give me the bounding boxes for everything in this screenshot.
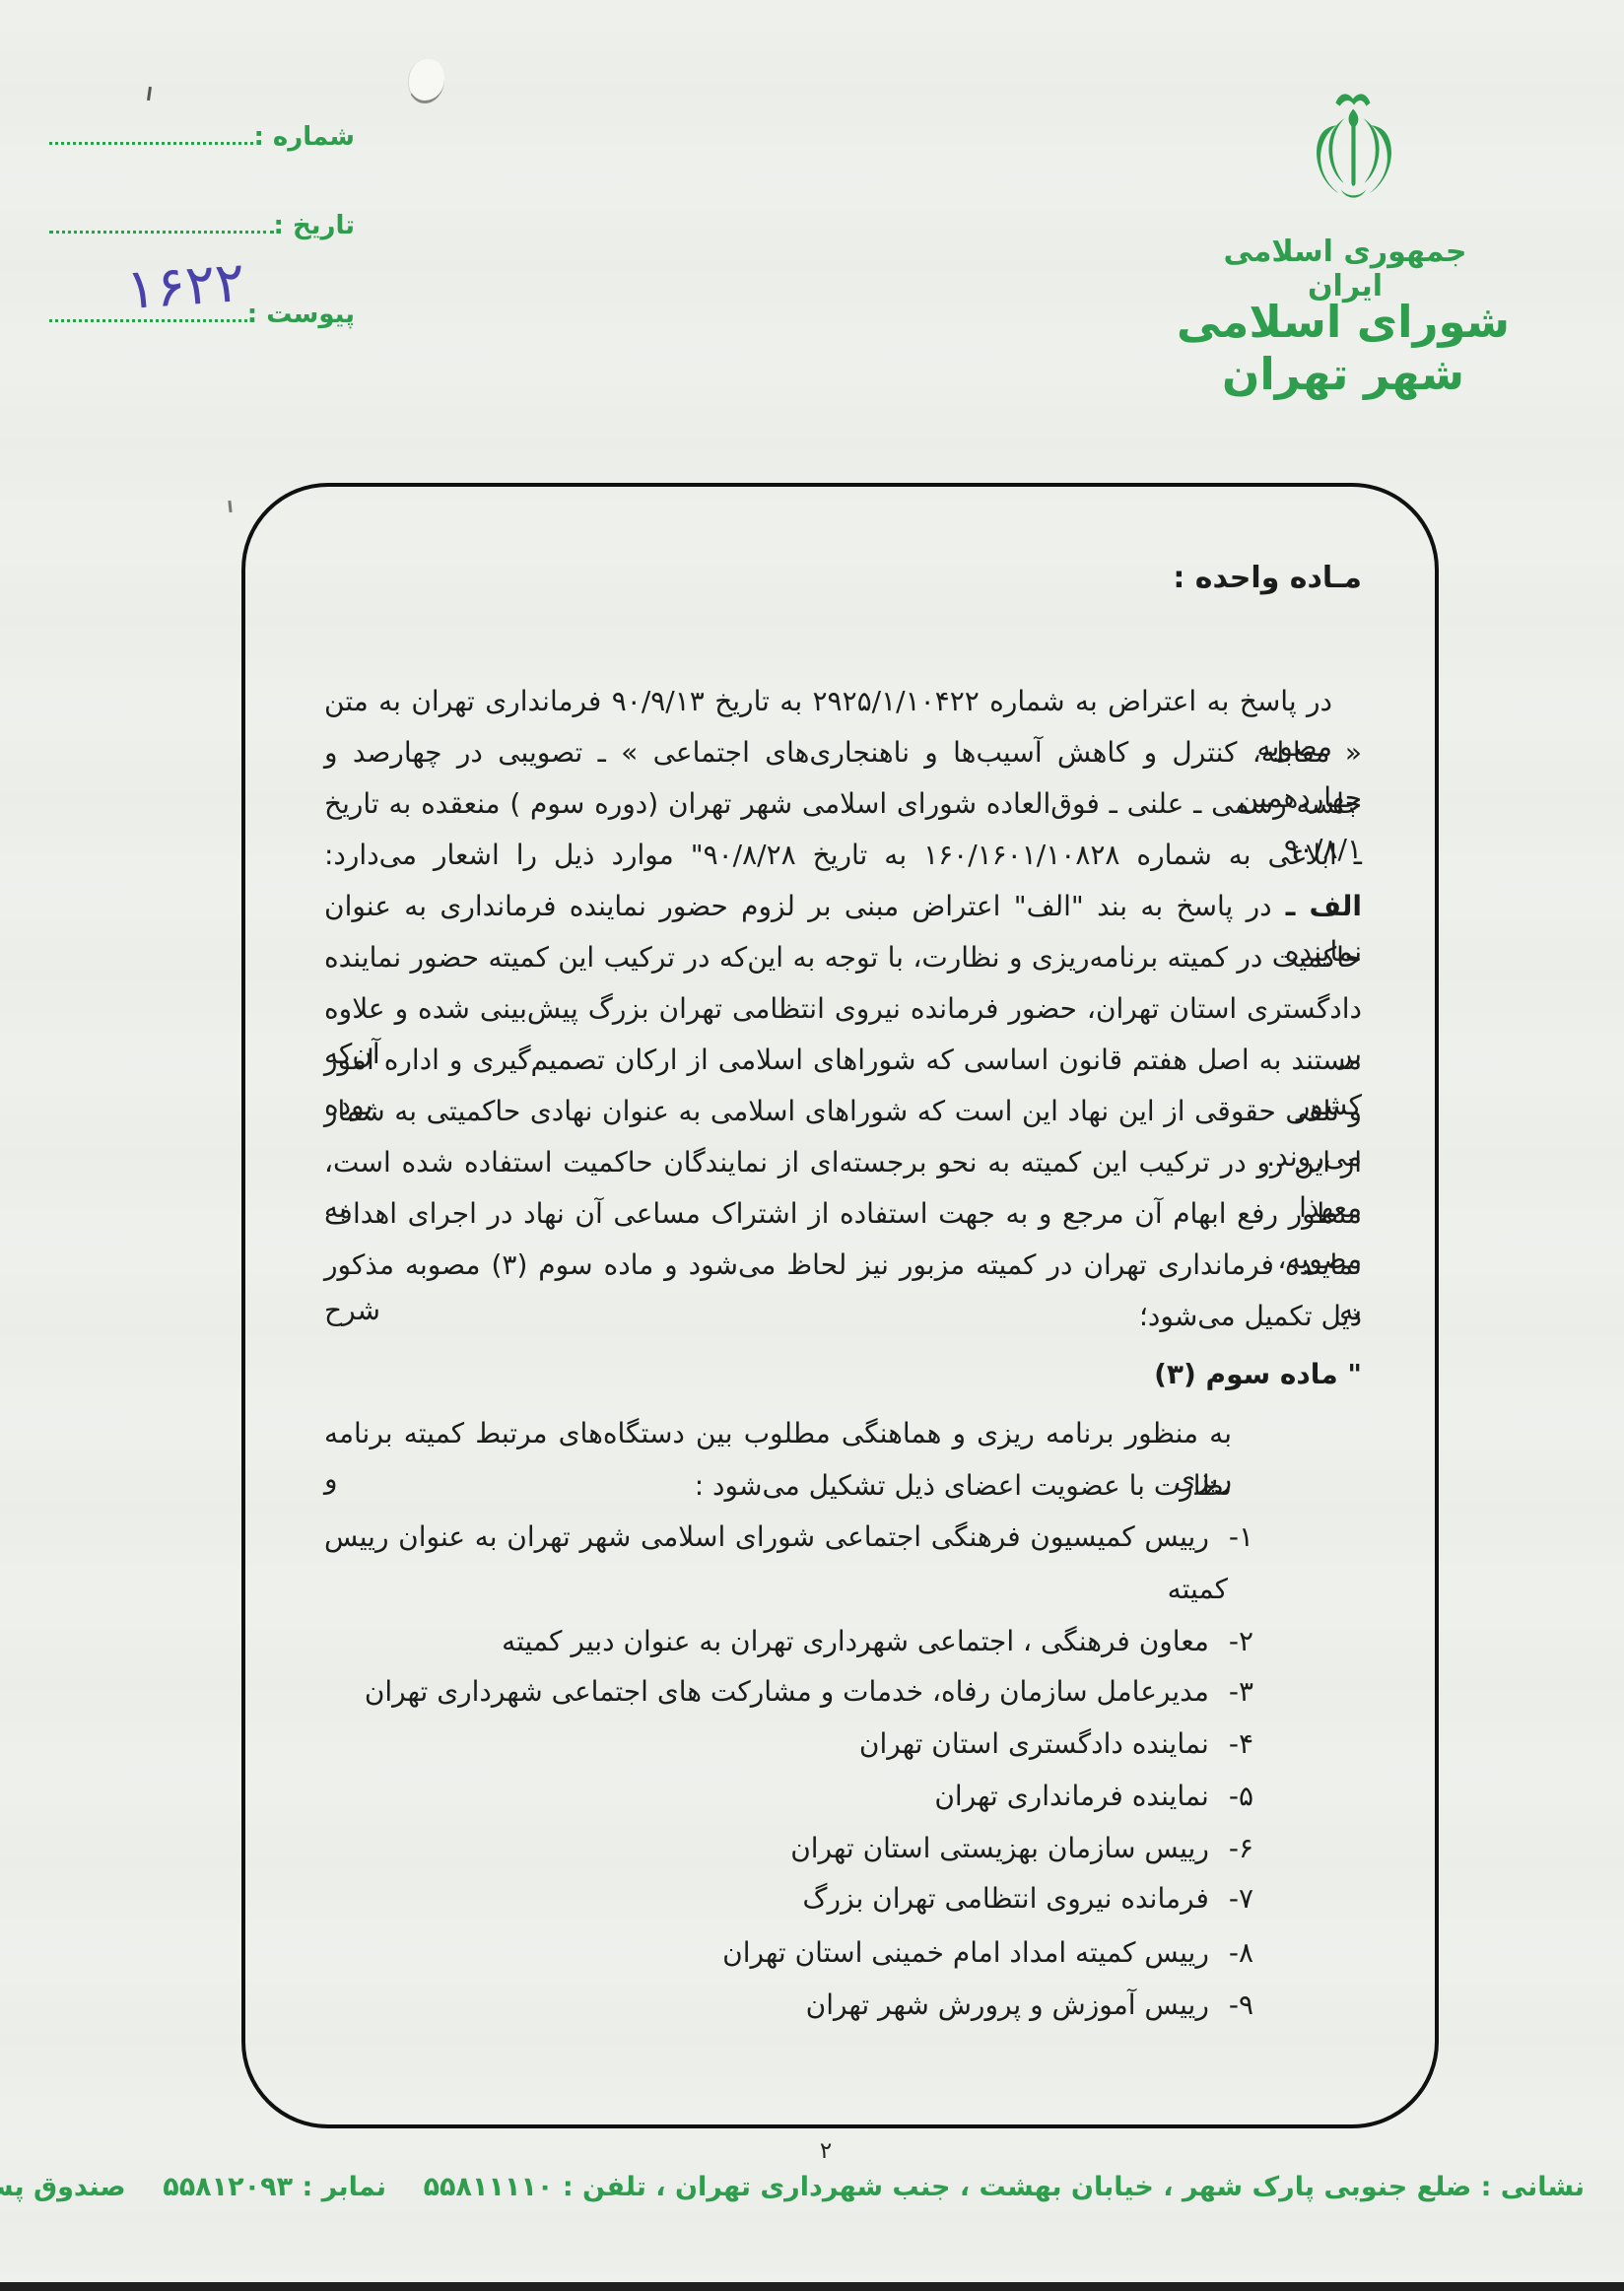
body-line: حاکمیت در کمیته برنامه‌ریزی و نظارت، با …: [324, 935, 1362, 980]
body-line: « مقابله، کنترل و کاهش آسیب‌ها و ناهنجار…: [324, 730, 1362, 775]
item-number: ۸-: [1209, 1936, 1253, 1969]
item-text: رییس سازمان بهزیستی استان تهران: [790, 1832, 1209, 1864]
item-text: رییس کمیسیون فرهنگی اجتماعی شورای اسلامی…: [324, 1520, 1209, 1553]
single-article-heading: مـاده واحده :: [324, 556, 1362, 601]
iran-emblem-icon: [1293, 87, 1415, 219]
article-three-heading: " ماده سوم (۳): [324, 1352, 1362, 1397]
member-list-item: ۳-مدیرعامل سازمان رفاه، خدمات و مشارکت ه…: [324, 1669, 1362, 1715]
item-text: رییس آموزش و پرورش شهر تهران: [806, 1988, 1209, 2021]
page-number: ۲: [806, 2138, 846, 2164]
item-text: نماینده دادگستری استان تهران: [859, 1727, 1209, 1760]
date-field-dotted-line: [49, 231, 274, 234]
body-line: دادگستری استان تهران، حضور فرمانده نیروی…: [324, 986, 1362, 1032]
item-number: ۲-: [1209, 1625, 1253, 1657]
member-list-item: ۵-نماینده فرمانداری تهران: [324, 1774, 1362, 1819]
org-name-country: جمهوری اسلامی ایران: [1187, 235, 1503, 303]
body-line: نماینده فرمانداری تهران در کمیته مزبور ن…: [324, 1243, 1362, 1288]
body-line: و تلقی حقوقی از این نهاد این است که شورا…: [324, 1089, 1362, 1134]
item-text: مدیرعامل سازمان رفاه، خدمات و مشارکت های…: [365, 1675, 1209, 1708]
scan-bottom-edge: [0, 2282, 1624, 2291]
article-intro-line: نظارت با عضویت اعضای ذیل تشکیل می‌شود :: [324, 1463, 1362, 1509]
scan-speck: [147, 87, 152, 101]
item-number: ۷-: [1209, 1882, 1253, 1915]
member-list-item: ۹-رییس آموزش و پرورش شهر تهران: [324, 1983, 1362, 2028]
item-number: ۳-: [1209, 1675, 1253, 1708]
attachment-field-label: پيوست :: [247, 298, 355, 331]
member-list-item: ۸-رییس کمیته امداد امام خمینی استان تهرا…: [324, 1930, 1362, 1976]
org-name-council: شورای اسلامی شهر تهران: [1151, 296, 1535, 400]
item-number: ۱-: [1209, 1520, 1253, 1553]
item-number: ۶-: [1209, 1832, 1253, 1864]
body-line: الف ـ در پاسخ به بند "الف" اعتراض مبنی ب…: [324, 884, 1362, 929]
footer-address: نشانی : ضلع جنوبی پارک شهر ، خیابان بهشت…: [39, 2172, 1585, 2202]
body-line: در پاسخ به اعتراض به شماره ۲۹۲۵/۱/۱۰۴۲۲ …: [324, 679, 1362, 724]
article-intro-line: به منظور برنامه ریزی و هماهنگی مطلوب بین…: [324, 1411, 1362, 1456]
body-line: مستند به اصل هفتم قانون اساسی که شوراهای…: [324, 1038, 1362, 1083]
field-row-date: تاريخ :: [45, 201, 355, 242]
item-text: رییس کمیته امداد امام خمینی استان تهران: [722, 1936, 1209, 1969]
scanned-letter-page: { "letterhead": { "green": "#2f9d4e", "i…: [0, 0, 1624, 2291]
number-field-dotted-line: [49, 142, 253, 145]
item-number: ۹-: [1209, 1988, 1253, 2021]
field-row-number: شماره :: [45, 112, 355, 154]
body-line: جلسه رسمی ـ علنی ـ فوق‌العاده شورای اسلا…: [324, 781, 1362, 827]
scan-speck: [228, 501, 232, 512]
document-border-box: مـاده واحده : در پاسخ به اعتراض به شماره…: [241, 483, 1439, 2128]
member-list-item: ۲-معاون فرهنگی ، اجتماعی شهرداری تهران ب…: [324, 1619, 1362, 1664]
member-list-item: ۴-نماینده دادگستری استان تهران: [324, 1721, 1362, 1767]
handwritten-attachment-number: ۱۶۲۲: [124, 250, 247, 322]
item-number: ۵-: [1209, 1780, 1253, 1812]
item-text: فرمانده نیروی انتظامی تهران بزرگ: [802, 1882, 1208, 1915]
date-field-label: تاريخ :: [274, 209, 355, 242]
body-line: ذیل تکمیل می‌شود؛: [324, 1294, 1362, 1339]
body-line: منظور رفع ابهام آن مرجع و به جهت استفاده…: [324, 1191, 1362, 1237]
member-list-item-wrap: کمیته: [324, 1567, 1362, 1612]
item-text: معاون فرهنگی ، اجتماعی شهرداری تهران به …: [502, 1625, 1209, 1657]
member-list-item: ۱-رییس کمیسیون فرهنگی اجتماعی شورای اسلا…: [324, 1515, 1362, 1560]
number-field-label: شماره :: [253, 120, 355, 154]
body-line: ـ ابلاغی به شماره ۱۶۰/۱۶۰۱/۱۰۸۲۸ به تاری…: [324, 833, 1362, 878]
punch-hole-artifact: [408, 59, 444, 103]
item-text: نماینده فرمانداری تهران: [934, 1780, 1208, 1812]
member-list-item: ۶-رییس سازمان بهزیستی استان تهران: [324, 1826, 1362, 1871]
item-number: ۴-: [1209, 1727, 1253, 1760]
member-list-item: ۷-فرمانده نیروی انتظامی تهران بزرگ: [324, 1876, 1362, 1921]
body-line: از این رو در ترکیب این کمیته به نحو برجس…: [324, 1140, 1362, 1185]
clause-alef-label: الف ـ: [1272, 890, 1362, 922]
